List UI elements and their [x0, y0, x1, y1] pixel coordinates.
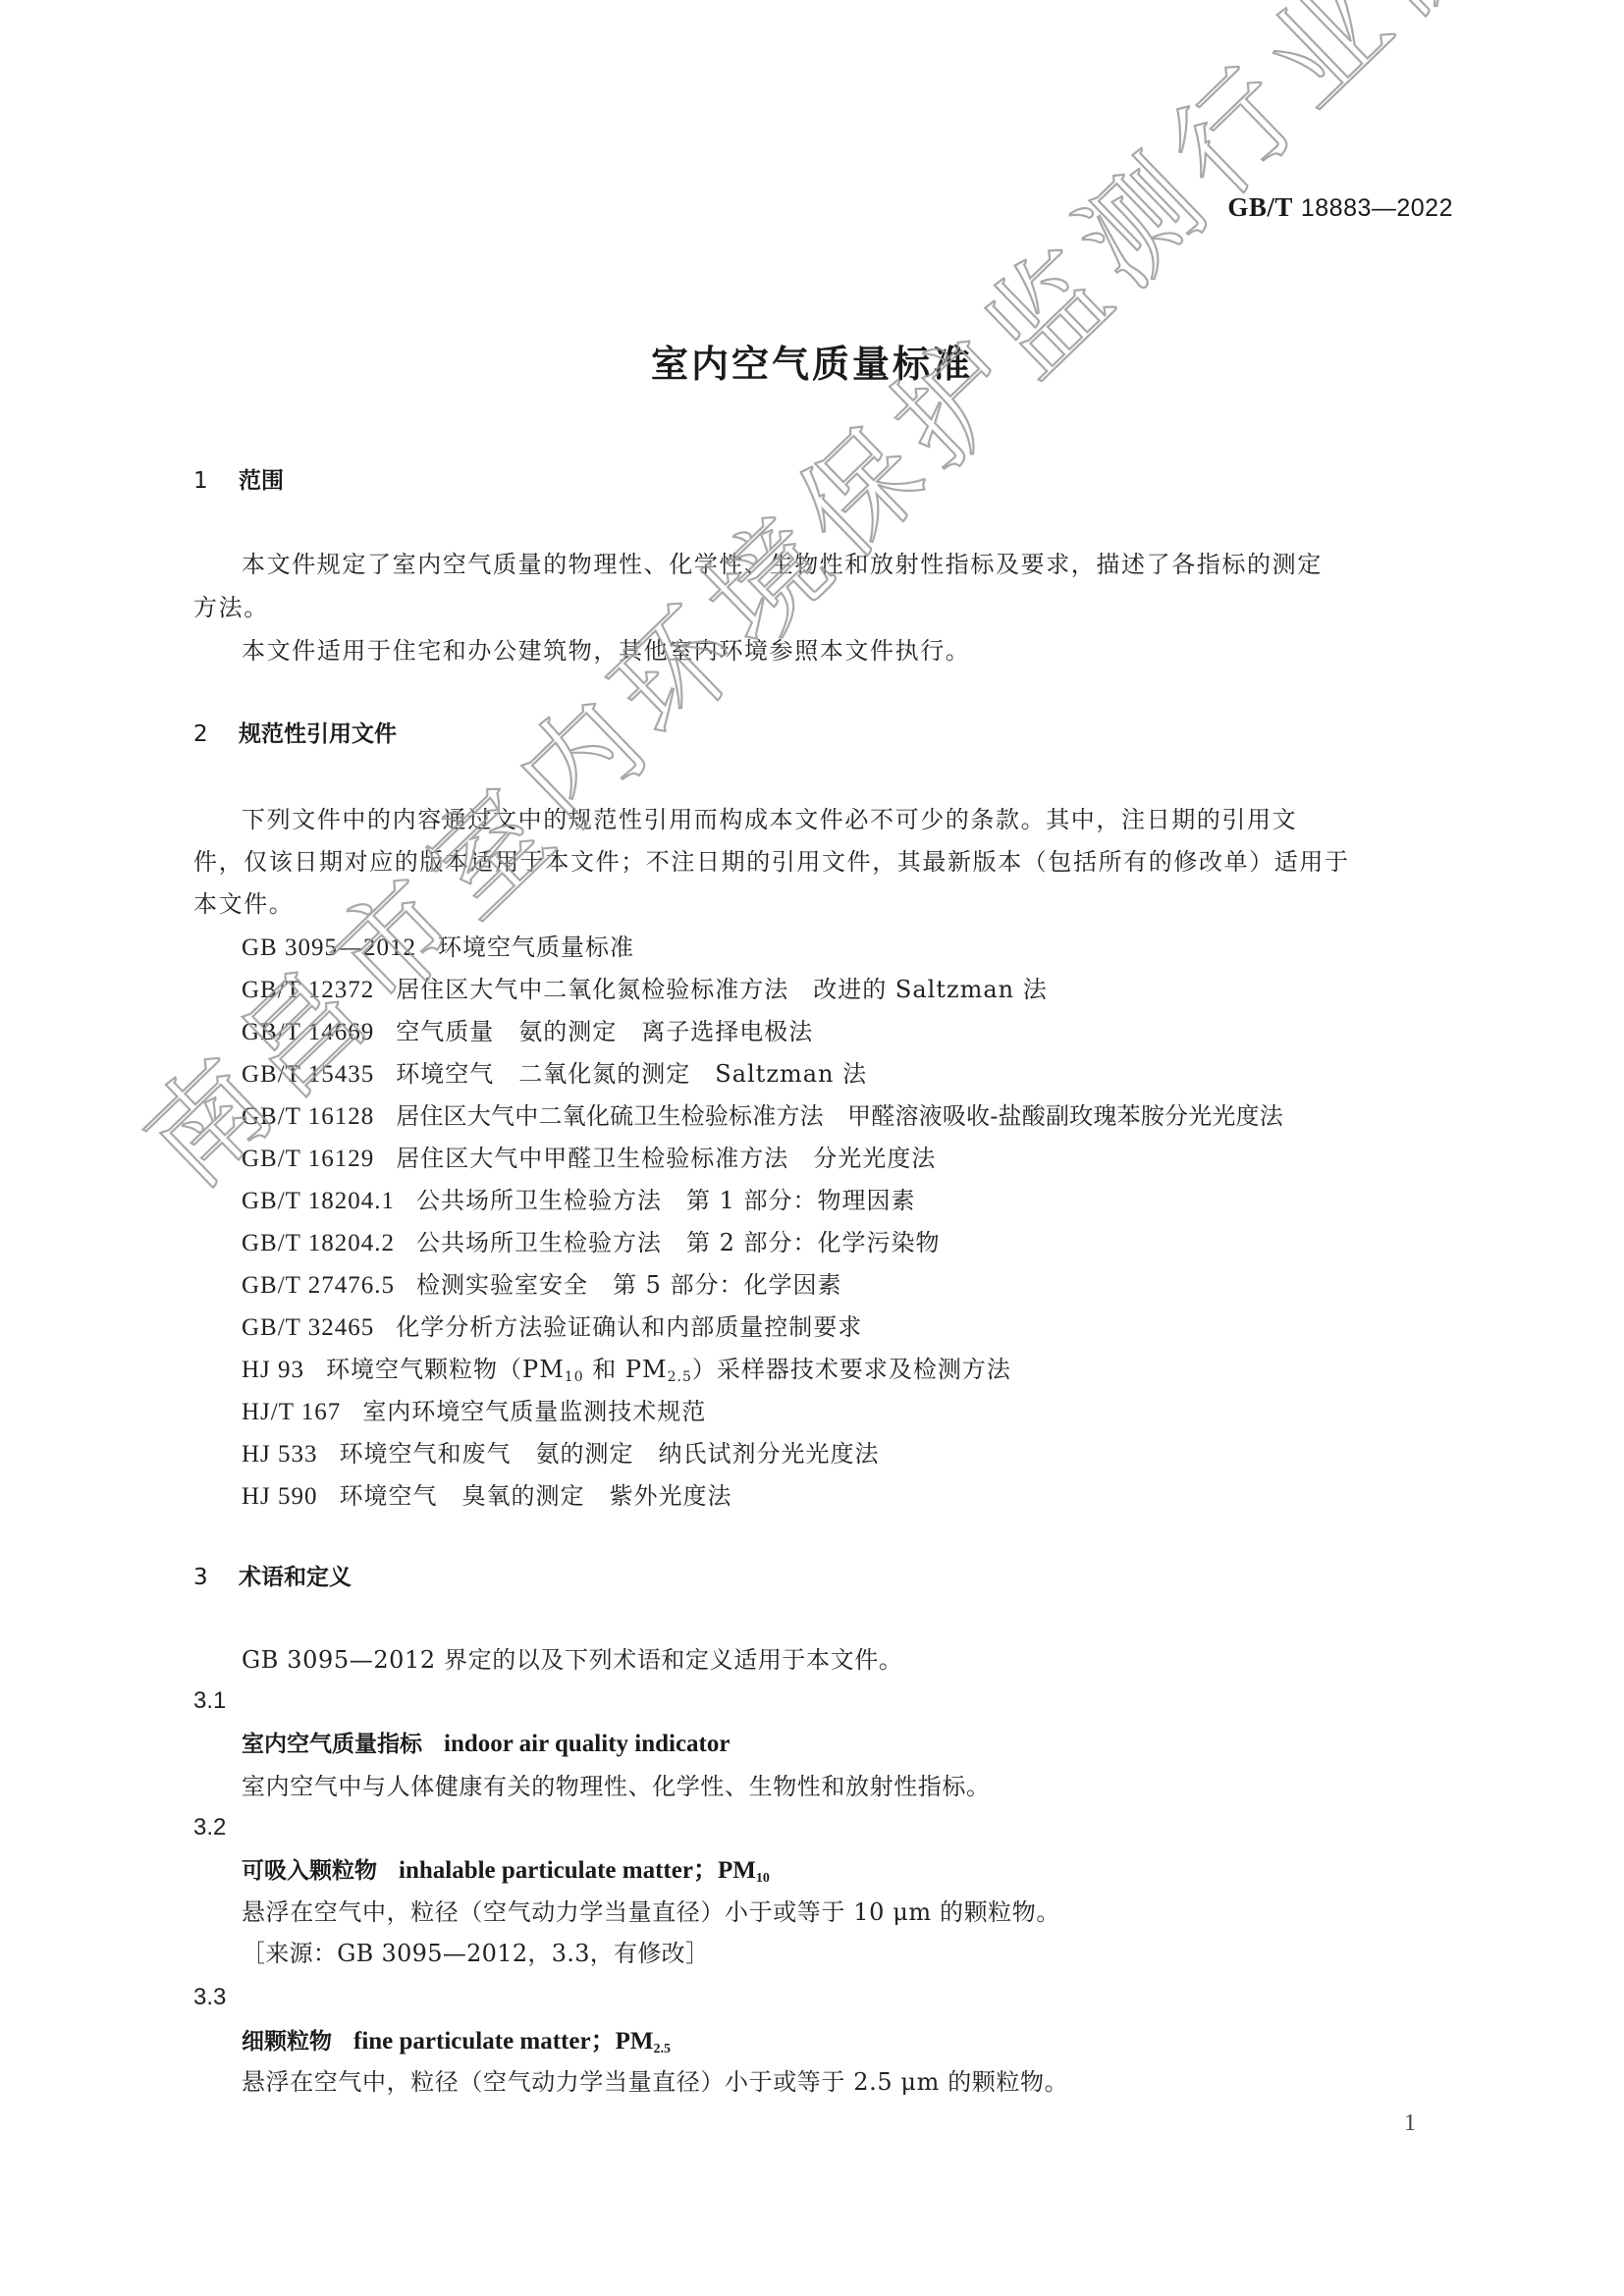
reference-item: GB/T 15435环境空气 二氧化氮的测定 Saltzman 法: [242, 1059, 867, 1090]
reference-code: HJ 590: [242, 1483, 318, 1510]
reference-title: 环境空气质量标准: [438, 934, 634, 961]
reference-code: GB 3095—2012: [242, 934, 416, 961]
reference-item: GB/T 18204.2公共场所卫生检验方法 第 2 部分：化学污染物: [242, 1228, 941, 1258]
document-title: 室内空气质量标准: [0, 334, 1624, 388]
reference-title: 公共场所卫生检验方法 第 1 部分：物理因素: [416, 1187, 916, 1214]
section-number: 1: [193, 466, 239, 496]
clause-number: 3.1: [193, 1686, 226, 1716]
section-2-heading: 2规范性引用文件: [193, 720, 397, 749]
term-en: fine particulate matter；PM2.5: [353, 2028, 671, 2055]
reference-title: 居住区大气中二氧化氮检验标准方法 改进的 Saltzman 法: [396, 976, 1048, 1003]
term-source: ［来源：GB 3095—2012，3.3，有修改］: [242, 1939, 709, 1968]
term-heading: 细颗粒物fine particulate matter；PM2.5: [242, 2027, 671, 2064]
reference-title: 居住区大气中甲醛卫生检验标准方法 分光光度法: [396, 1145, 936, 1172]
reference-code: GB/T 14669: [242, 1019, 374, 1045]
reference-item: HJ 93环境空气颗粒物（PM10 和 PM2.5）采样器技术要求及检测方法: [242, 1355, 1011, 1392]
reference-code: GB/T 32465: [242, 1314, 374, 1341]
reference-code: GB/T 12372: [242, 977, 374, 1003]
section-number: 2: [193, 720, 239, 749]
reference-title: 空气质量 氨的测定 离子选择电极法: [396, 1018, 813, 1045]
term-definition: 室内空气中与人体健康有关的物理性、化学性、生物性和放射性指标。: [242, 1772, 991, 1801]
reference-title: 环境空气 二氧化氮的测定 Saltzman 法: [396, 1060, 867, 1088]
clause-number: 3.3: [193, 1983, 226, 2012]
section-3-heading: 3术语和定义: [193, 1563, 352, 1592]
term-en: indoor air quality indicator: [444, 1731, 730, 1757]
reference-title: 公共场所卫生检验方法 第 2 部分：化学污染物: [416, 1229, 941, 1256]
scope-paragraph-1-line-2: 方法。: [193, 593, 269, 622]
reference-item: HJ/T 167室内环境空气质量监测技术规范: [242, 1397, 706, 1427]
reference-code: GB/T 15435: [242, 1061, 374, 1088]
reference-item: GB/T 18204.1公共场所卫生检验方法 第 1 部分：物理因素: [242, 1186, 916, 1216]
scope-paragraph-2: 本文件适用于住宅和办公建筑物，其他室内环境参照本文件执行。: [242, 636, 970, 666]
term-heading: 室内空气质量指标indoor air quality indicator: [242, 1730, 730, 1759]
reference-code: GB/T 18204.1: [242, 1188, 395, 1214]
term-en: inhalable particulate matter；PM10: [399, 1857, 770, 1884]
reference-title: 化学分析方法验证确认和内部质量控制要求: [396, 1313, 862, 1341]
reference-title: 环境空气 臭氧的测定 紫外光度法: [340, 1482, 732, 1510]
references-intro-line-1: 下列文件中的内容通过文中的规范性引用而构成本文件必不可少的条款。其中，注日期的引…: [242, 805, 1297, 834]
reference-item: GB/T 16129居住区大气中甲醛卫生检验标准方法 分光光度法: [242, 1144, 936, 1174]
reference-code: HJ 533: [242, 1441, 318, 1468]
reference-title: 检测实验室安全 第 5 部分：化学因素: [416, 1271, 842, 1299]
term-zh: 室内空气质量指标: [242, 1732, 422, 1757]
references-intro-line-3: 本文件。: [193, 889, 294, 919]
clause-number: 3.2: [193, 1813, 226, 1842]
document-page: GB/T18883—2022 室内空气质量标准 1范围 本文件规定了室内空气质量…: [0, 0, 1624, 2296]
reference-title: 环境空气和废气 氨的测定 纳氏试剂分光光度法: [340, 1440, 880, 1468]
page-number: 1: [1404, 2110, 1416, 2137]
term-zh: 细颗粒物: [242, 2029, 332, 2055]
reference-item: GB 3095—2012环境空气质量标准: [242, 933, 634, 963]
standard-number: GB/T18883—2022: [1227, 192, 1453, 223]
section-title: 规范性引用文件: [239, 721, 397, 747]
reference-code: GB/T 18204.2: [242, 1230, 395, 1256]
terms-intro: GB 3095—2012 界定的以及下列术语和定义适用于本文件。: [242, 1645, 902, 1675]
reference-item: GB/T 12372居住区大气中二氧化氮检验标准方法 改进的 Saltzman …: [242, 975, 1048, 1005]
reference-item: GB/T 14669空气质量 氨的测定 离子选择电极法: [242, 1017, 813, 1047]
term-heading: 可吸入颗粒物inhalable particulate matter；PM10: [242, 1856, 770, 1894]
reference-code: GB/T 16128: [242, 1103, 374, 1130]
reference-title: 室内环境空气质量监测技术规范: [362, 1398, 706, 1425]
reference-title: 环境空气颗粒物（PM10 和 PM2.5）采样器技术要求及检测方法: [326, 1356, 1011, 1383]
standard-prefix: GB/T: [1227, 192, 1293, 222]
reference-code: HJ 93: [242, 1357, 304, 1383]
reference-code: GB/T 16129: [242, 1146, 374, 1172]
term-zh: 可吸入颗粒物: [242, 1858, 377, 1884]
reference-code: HJ/T 167: [242, 1399, 341, 1425]
term-definition: 悬浮在空气中，粒径（空气动力学当量直径）小于或等于 2.5 μm 的颗粒物。: [242, 2067, 1068, 2097]
section-title: 范围: [239, 468, 284, 494]
reference-item: GB/T 16128居住区大气中二氧化硫卫生检验标准方法 甲醛溶液吸收-盐酸副玫…: [242, 1101, 1283, 1132]
section-title: 术语和定义: [239, 1565, 352, 1590]
term-definition: 悬浮在空气中，粒径（空气动力学当量直径）小于或等于 10 μm 的颗粒物。: [242, 1897, 1060, 1927]
reference-code: GB/T 27476.5: [242, 1272, 395, 1299]
section-number: 3: [193, 1563, 239, 1592]
references-intro-line-2: 件，仅该日期对应的版本适用于本文件；不注日期的引用文件，其最新版本（包括所有的修…: [193, 847, 1350, 877]
reference-item: HJ 533环境空气和废气 氨的测定 纳氏试剂分光光度法: [242, 1439, 880, 1469]
standard-code: 18883—2022: [1301, 194, 1453, 222]
reference-title: 居住区大气中二氧化硫卫生检验标准方法 甲醛溶液吸收-盐酸副玫瑰苯胺分光光度法: [396, 1102, 1283, 1130]
reference-item: GB/T 32465化学分析方法验证确认和内部质量控制要求: [242, 1312, 862, 1343]
reference-item: HJ 590环境空气 臭氧的测定 紫外光度法: [242, 1481, 732, 1512]
scope-paragraph-1-line-1: 本文件规定了室内空气质量的物理性、化学性、生物性和放射性指标及要求，描述了各指标…: [242, 550, 1323, 579]
section-1-heading: 1范围: [193, 466, 284, 496]
reference-item: GB/T 27476.5检测实验室安全 第 5 部分：化学因素: [242, 1270, 842, 1301]
